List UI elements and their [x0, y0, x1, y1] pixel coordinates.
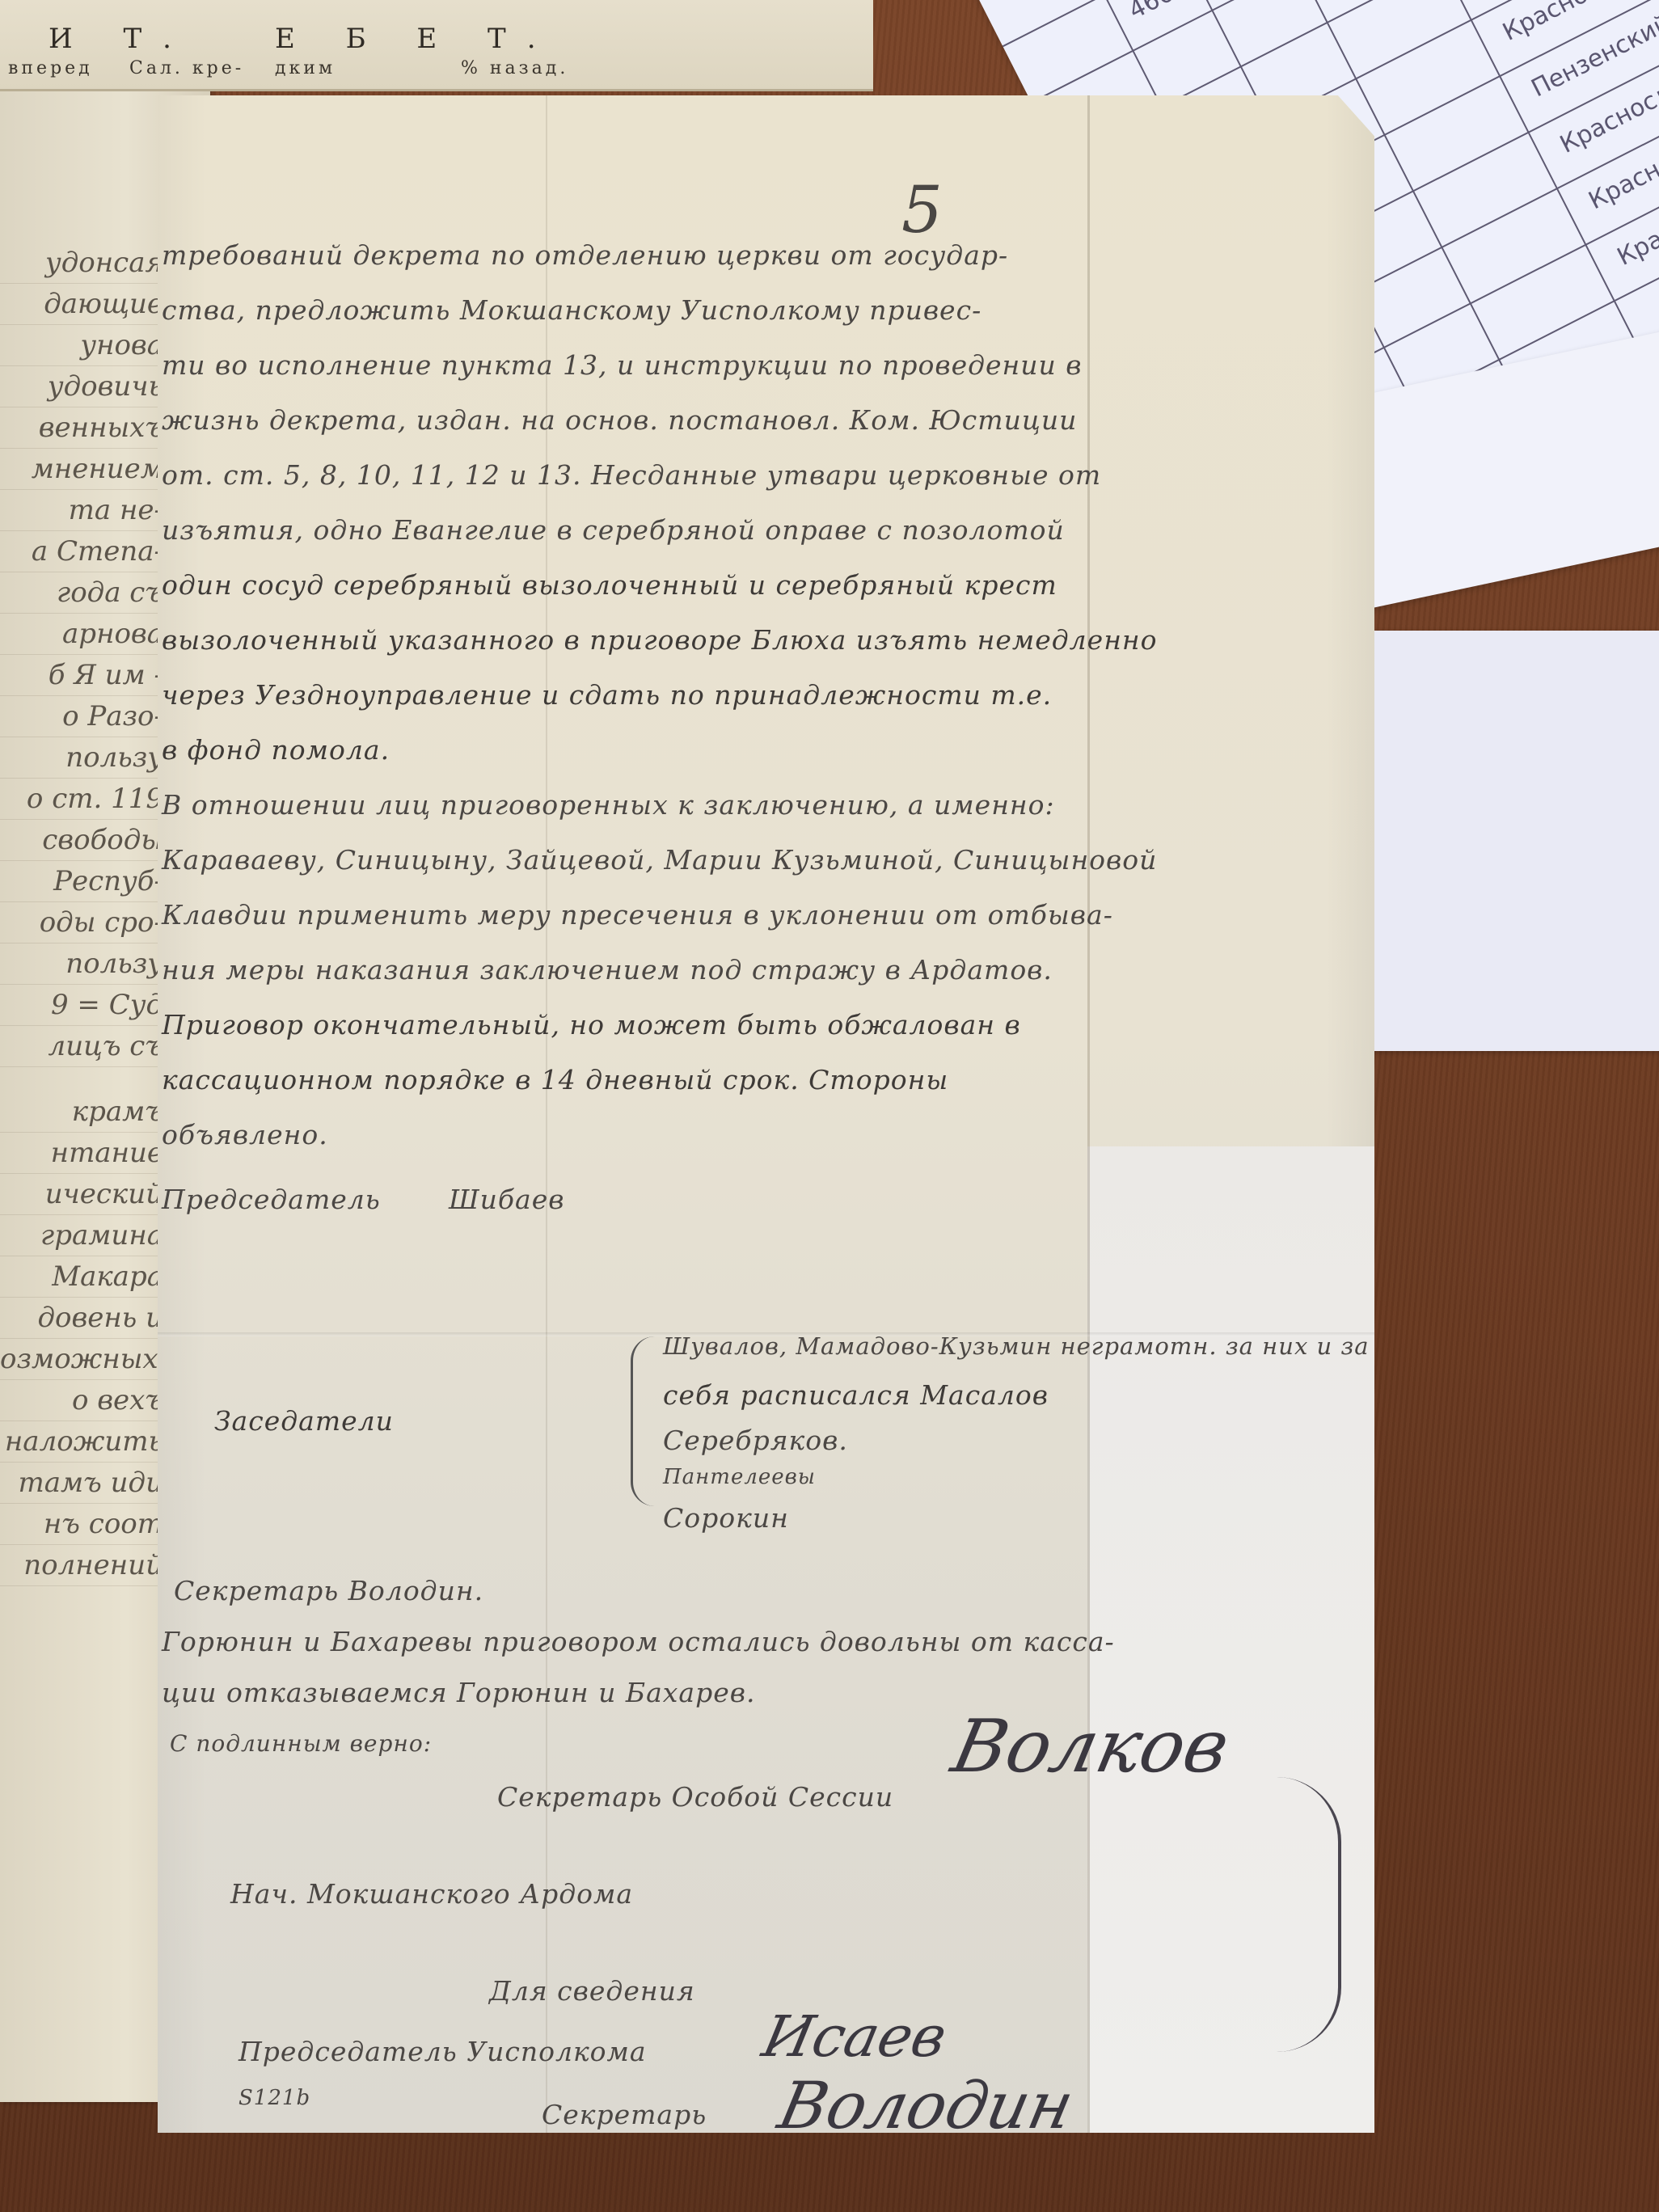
body-line: вызолоченный указанного в приговоре Блюх… [162, 624, 1158, 656]
body-line: В отношении лиц приговоренных к заключен… [162, 789, 1055, 821]
closing-line: ции отказываемся Горюнин и Бахарев. [162, 1677, 755, 1708]
ledger-printed-header: И Т. Е Б Е Т. вперед Сал. кре- дким % на… [0, 0, 873, 91]
signature-chairman: Исаев [757, 2003, 952, 2070]
certified-label: С подлинным верно: [170, 1730, 432, 1757]
body-line: через Уездноуправление и сдать по принад… [162, 679, 1052, 711]
body-line: Приговор окончательный, но может быть об… [162, 1009, 1021, 1041]
body-line: требований декрета по отделению церкви о… [162, 239, 1008, 271]
secretary-line: Секретарь Володин. [174, 1575, 483, 1606]
body-line: Клавдии применить меру пресечения в укло… [162, 899, 1113, 931]
head-label: Нач. Мокшанского Ардома [230, 1878, 633, 1910]
special-session-label: Секретарь Особой Сессии [497, 1781, 893, 1813]
body-line: ния меры наказания заключением под страж… [162, 954, 1053, 986]
body-line: объявлено. [162, 1119, 328, 1150]
secretary-label: Секретарь [542, 2099, 707, 2130]
body-line: жизнь декрета, издан. на основ. постанов… [162, 404, 1077, 436]
assessors-brace [631, 1336, 657, 1506]
assessors-line: себя расписался Масалов [663, 1379, 1049, 1411]
assessors-label: Заседатели [214, 1405, 394, 1437]
assessors-line: Шувалов, Мамадово-Кузьмин неграмотн. за … [663, 1332, 1370, 1360]
for-info-label: Для сведения [489, 1975, 695, 2007]
loose-white-sheet [1374, 631, 1659, 1051]
body-line: один сосуд серебряный вызолоченный и сер… [162, 569, 1057, 601]
closing-line: Горюнин и Бахаревы приговором остались д… [162, 1626, 1115, 1657]
signature-secretary-special-session: Волков [945, 1704, 1236, 1789]
body-line: кассационном порядке в 14 дневный срок. … [162, 1064, 948, 1095]
assessors-line: Серебряков. [663, 1425, 848, 1456]
chairman-label: Председатель [162, 1184, 381, 1215]
assessors-line: Сорокин [663, 1502, 789, 1534]
reference-number: S121b [239, 2086, 310, 2110]
assessors-line: Пантелеевы [663, 1465, 816, 1489]
body-line: Караваеву, Синицыну, Зайцевой, Марии Куз… [162, 844, 1157, 876]
body-line: изъятия, одно Евангелие в серебряной опр… [162, 514, 1065, 546]
body-line: ства, предложить Мокшанскому Уисполкому … [162, 294, 981, 326]
body-line: ти во исполнение пункта 13, и инструкции… [162, 349, 1083, 381]
handwritten-protocol-sheet: 5 требований декрета по отделению церкви… [158, 95, 1374, 2133]
ledger-margin-text: удонсая дающие унова удовичь венныхъ мне… [0, 243, 170, 1586]
body-line: в фонд помола. [162, 734, 390, 766]
body-line: от. ст. 5, 8, 10, 11, 12 и 13. Несданные… [162, 459, 1101, 491]
paper-fold [546, 95, 547, 2133]
chairman-name: Шибаев [449, 1184, 564, 1215]
page-number: 5 [901, 172, 943, 247]
paper-fold [1087, 95, 1090, 2133]
uezd-chair-label: Председатель Уисполкома [239, 2036, 647, 2067]
signature-flourish [1265, 1777, 1341, 2052]
signature-secretary: Володин [772, 2068, 1080, 2143]
